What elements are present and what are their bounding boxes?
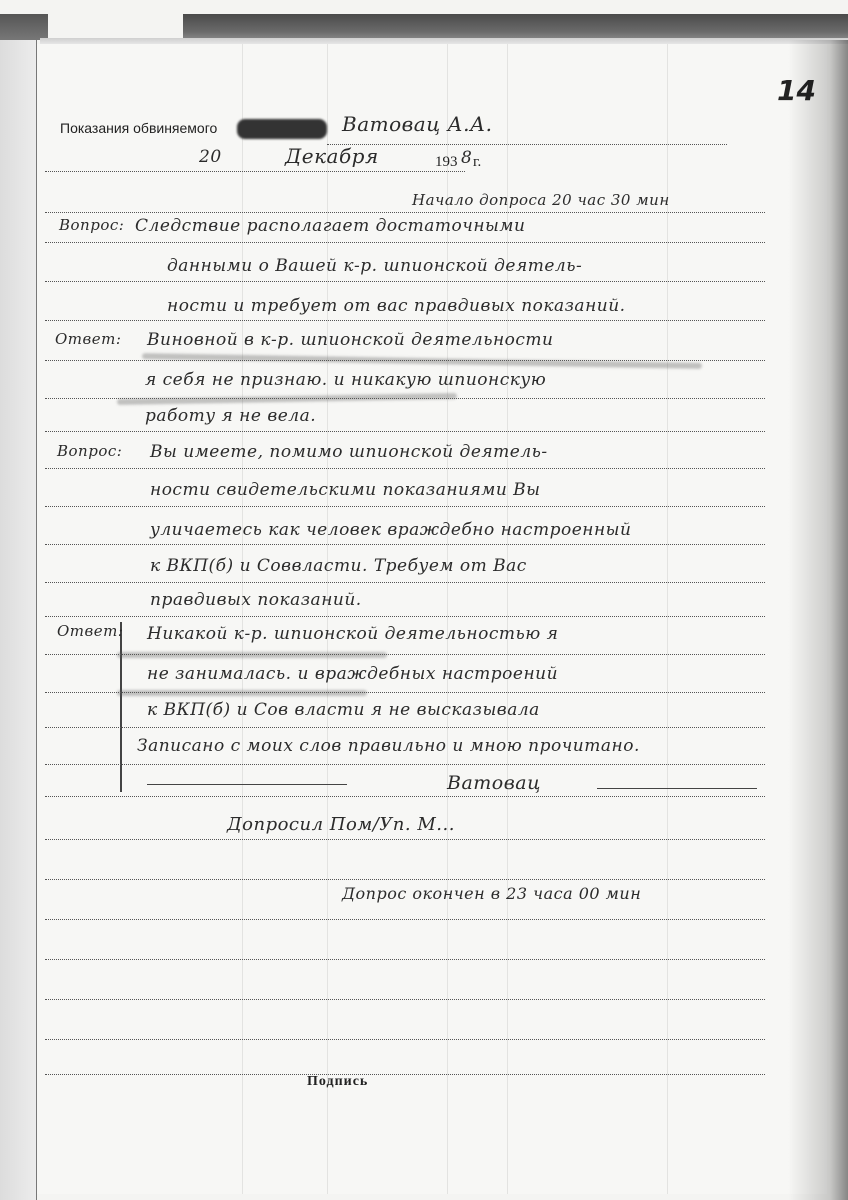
interrogator-signature: Допросил Пом/Уп. М...	[227, 814, 455, 835]
page-edge-shadow	[788, 40, 848, 1200]
date-day: 20	[199, 147, 222, 167]
question-line: уличаетесь как человек враждебно настрое…	[150, 520, 631, 540]
answer-line: Виновной в к-р. шпионской деятельности	[147, 330, 554, 350]
question-line: правдивых показаний.	[150, 590, 362, 610]
margin-bracket	[120, 622, 122, 792]
question-line: данными о Вашей к-р. шпионской деятель-	[167, 256, 582, 276]
answer-line: не занималась. и враждебных настроений	[147, 664, 558, 684]
question-line: к ВКП(б) и Соввласти. Требуем от Вас	[150, 556, 527, 576]
accused-signature: Ватовац	[447, 772, 541, 794]
start-time: Начало допроса 20 час 30 мин	[412, 191, 670, 209]
question-line: Вы имеете, помимо шпионской деятель-	[150, 442, 548, 462]
date-month: Декабря	[285, 144, 379, 168]
question-line: ности свидетельскими показаниями Вы	[150, 480, 541, 500]
binder-strip-left	[0, 14, 48, 40]
form-heading: Показания обвиняемого	[60, 120, 217, 136]
answer-label: Ответ:	[55, 330, 121, 348]
signature-footer-label: Подпись	[307, 1074, 368, 1090]
answer-line: Никакой к-р. шпионской деятельностью я	[147, 624, 558, 644]
redaction-mark	[237, 119, 327, 139]
answer-line: Записано с моих слов правильно и мною пр…	[137, 736, 640, 756]
answer-line: к ВКП(б) и Сов власти я не высказывала	[147, 700, 540, 720]
answer-label: Ответ:	[57, 622, 123, 640]
question-label: Вопрос:	[59, 216, 124, 234]
question-line: ности и требует от вас правдивых показан…	[167, 296, 626, 316]
date-year-suffix: 8	[461, 148, 472, 168]
end-time: Допрос окончен в 23 часа 00 мин	[342, 884, 641, 903]
answer-line: я себя не признаю. и никакую шпионскую	[145, 370, 546, 390]
left-page-margin	[0, 40, 37, 1200]
answer-line: работу я не вела.	[145, 406, 316, 426]
date-year-unit: г.	[473, 154, 481, 171]
accused-name: Ватовац А.А.	[342, 112, 493, 136]
interrogation-record-page: 14 Показания обвиняемого Ватовац А.А. 20…	[37, 44, 827, 1194]
question-label: Вопрос:	[57, 442, 122, 460]
question-line: Следствие располагает достаточными	[135, 216, 525, 236]
date-year-prefix: 193	[435, 154, 458, 171]
